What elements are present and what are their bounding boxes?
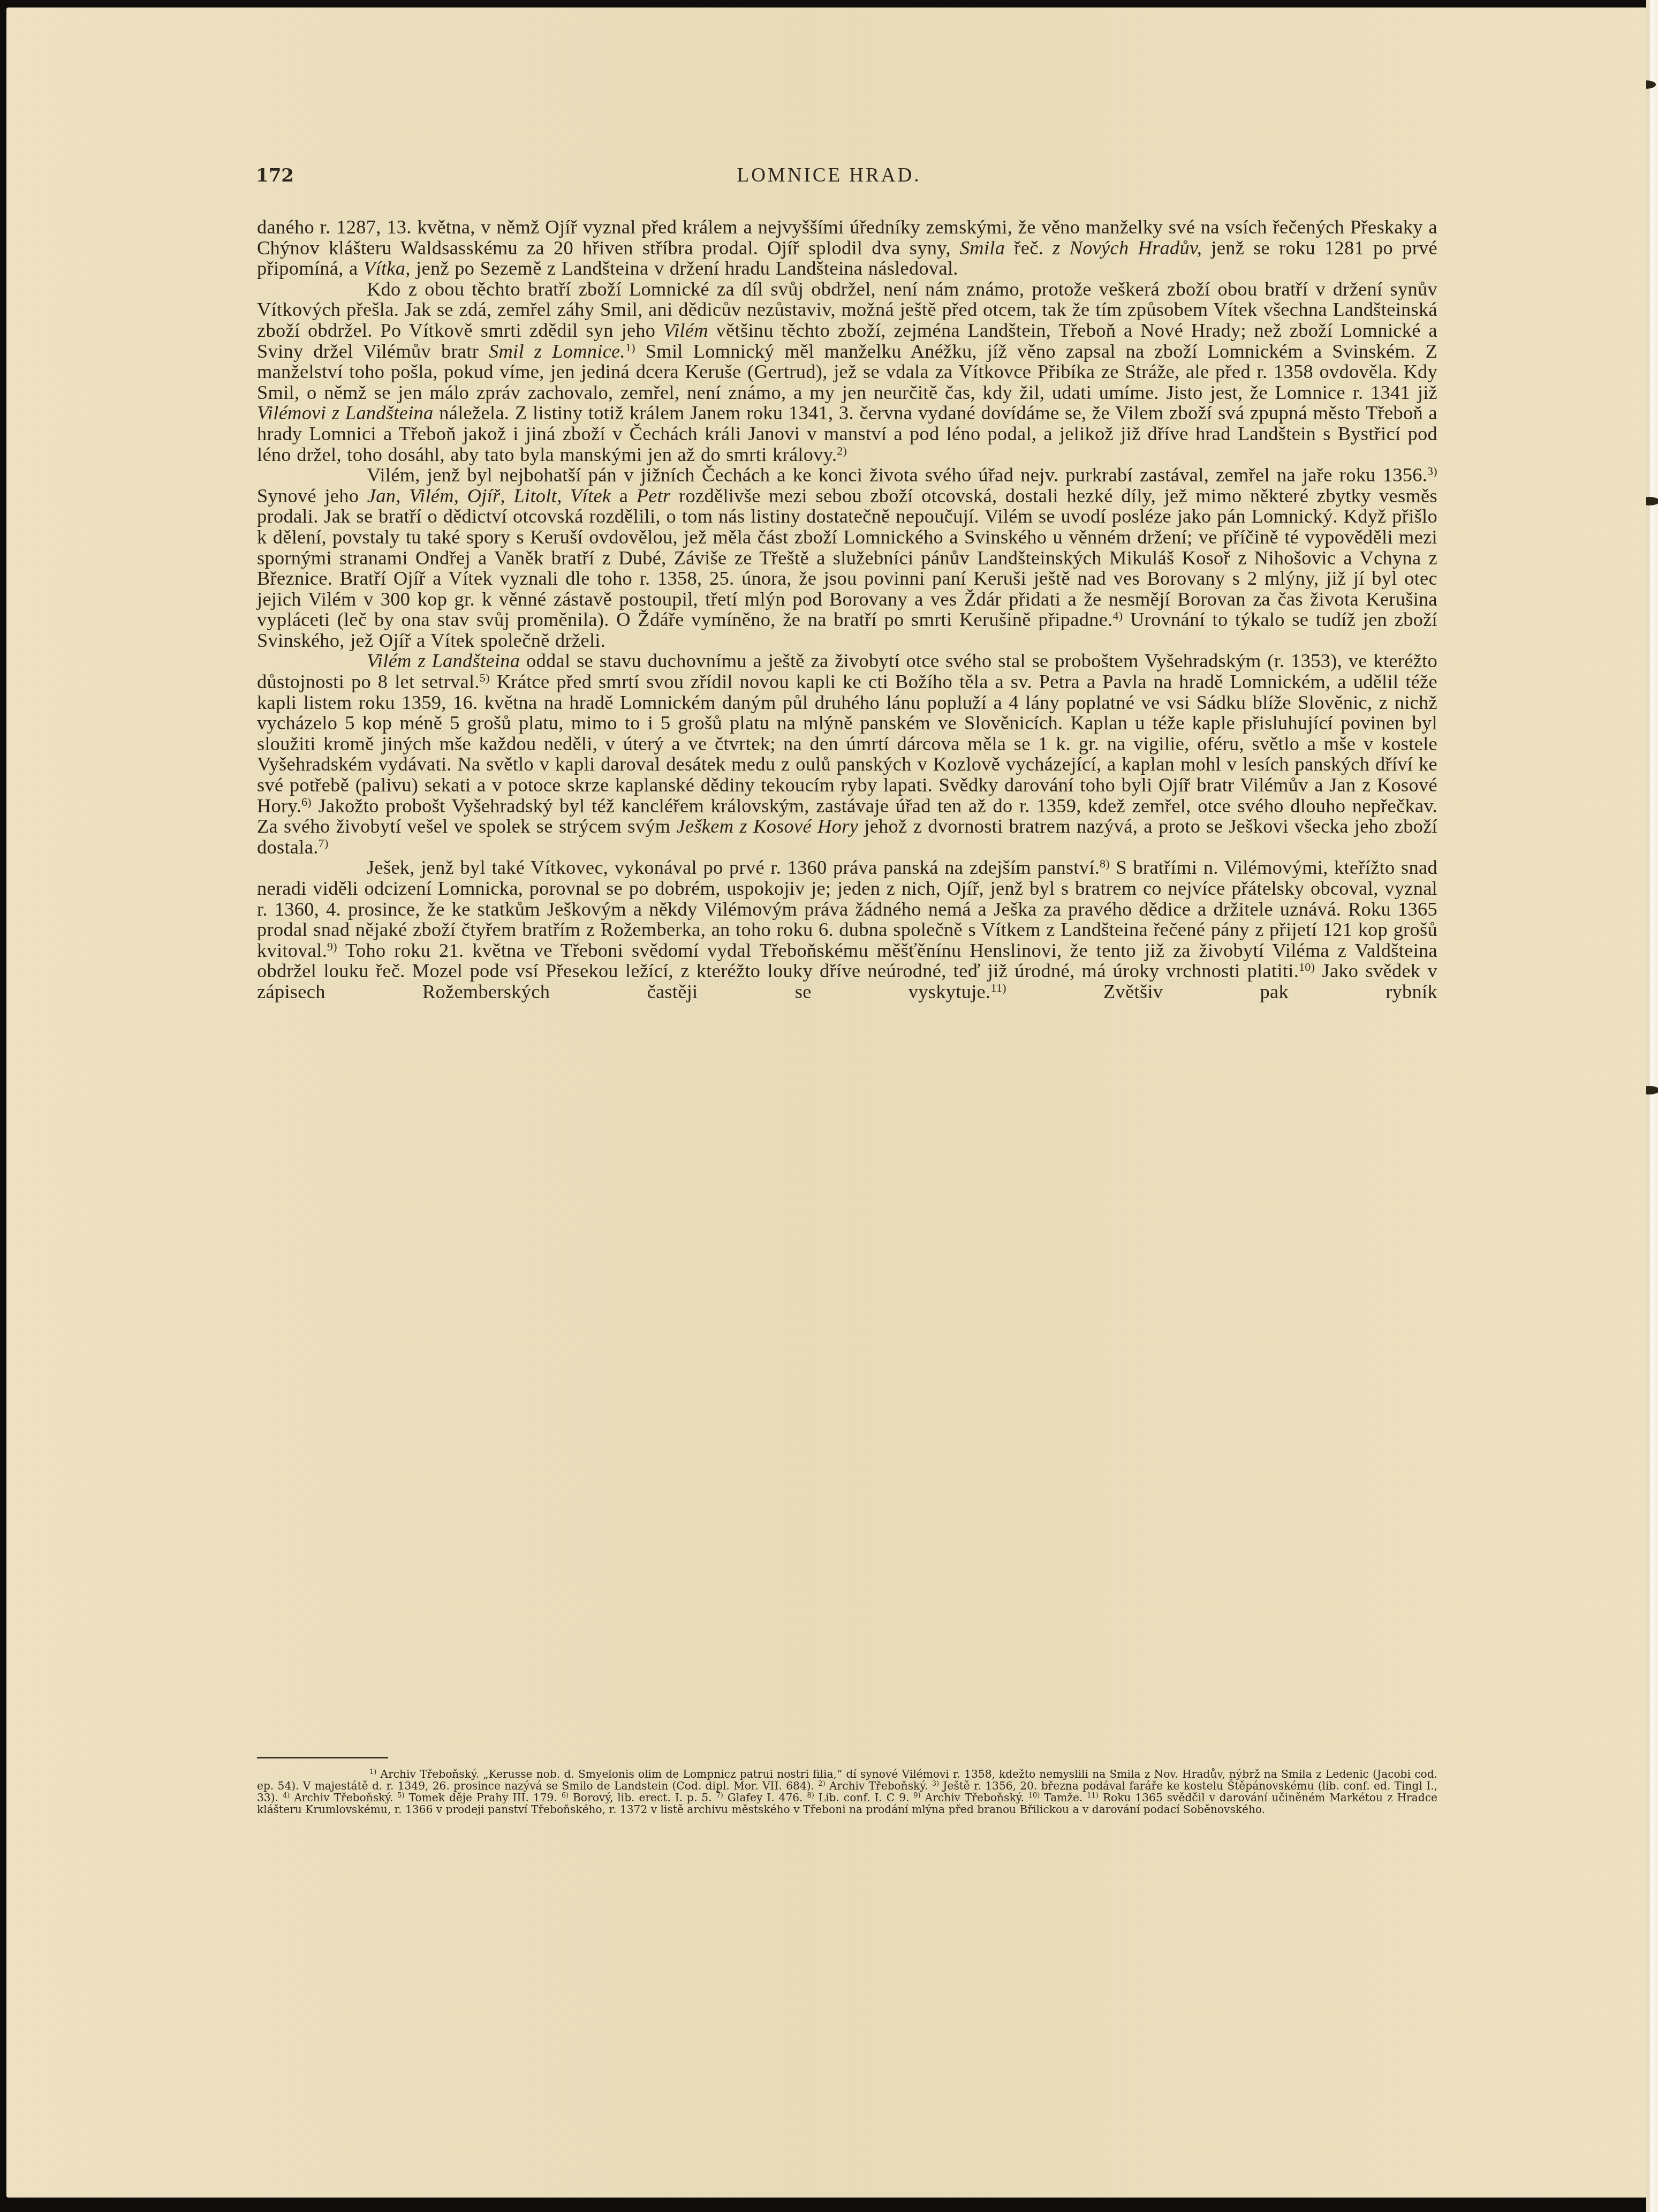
footnote-paragraph: 1) Archiv Třeboňský. „Kerusse nob. d. Sm… [257,1769,1437,1816]
text-run: a [611,485,636,507]
italic-name: Smila [960,237,1005,259]
footnote-marker: 8) [807,1792,814,1800]
footnote-marker: 9) [913,1792,920,1800]
footnotes: 1) Archiv Třeboňský. „Kerusse nob. d. Sm… [257,1769,1437,1816]
footnote-marker: 9) [327,940,337,953]
footnote-marker: 8) [1100,857,1110,870]
running-head: LOMNICE HRAD. [0,164,1658,187]
italic-name: Vilém [663,320,708,341]
italic-name: Vilémovi z Landšteina [257,402,434,424]
italic-name: Vítka, [364,258,411,279]
footnote-marker: 10) [1028,1792,1040,1800]
footnote-marker: 6) [562,1792,569,1800]
footnote-marker: 7) [319,836,329,850]
footnote-marker: 4) [1113,609,1123,622]
text-run: Toho roku 21. května ve Třeboni svědomí … [257,940,1437,982]
footnote-marker: 4) [283,1792,290,1800]
footnote-marker: 3) [932,1780,939,1788]
footnote-marker: 5) [480,671,490,684]
footnote-marker: 3) [1427,464,1437,478]
footnote-marker: 11) [1087,1792,1099,1800]
paragraph: Vilém z Landšteina oddal se stavu duchov… [257,651,1437,857]
footnote-marker: 1) [625,341,635,354]
footnote-marker: 2) [818,1780,825,1788]
italic-name: Jan, Vilém, Ojíř, Litolt, Vítek [367,485,611,507]
footnote-marker: 6) [301,795,312,809]
footnote-rule [257,1757,388,1758]
footnote-marker: 5) [397,1792,404,1800]
text-run: náležela. Z listiny totiž králem Janem r… [257,402,1437,465]
text-run: Tomek děje Prahy III. 179. [405,1791,562,1804]
text-run: Vilém, jenž byl nejbohatší pán v jižních… [367,464,1427,486]
text-run: Tamže. [1040,1791,1087,1804]
text-run: řeč. [1005,237,1053,259]
text-run: jenž po Sezemě z Landšteina v držení hra… [411,258,958,279]
book-page-edge [1646,0,1658,2212]
text-run: Synové jeho [257,485,367,507]
italic-name: z Nových Hradův, [1053,237,1202,259]
text-run: Archiv Třeboňský. [290,1791,397,1804]
italic-name: Ješkem z Kosové Hory [677,816,859,837]
text-run: Borový, lib. erect. I. p. 5. [569,1791,716,1804]
italic-name: Vilém z Landšteina [367,650,520,671]
text-run: Lib. conf. I. C 9. [814,1791,914,1804]
text-run: Zvětšiv pak rybník [1006,981,1437,1002]
footnote-marker: 1) [369,1768,376,1776]
footnote-marker: 10) [1299,960,1315,973]
italic-name: Smil z Lomnice. [489,341,625,362]
text-run: Glafey I. 476. [723,1791,807,1804]
footnote-marker: 2) [837,444,847,457]
footnote-marker: 11) [990,981,1006,994]
italic-name: Petr [637,485,671,507]
paragraph: Kdo z obou těchto bratří zboží Lomnické … [257,279,1437,465]
footnote-marker: 7) [716,1792,723,1800]
paragraph: Ješek, jenž byl také Vítkovec, vykonával… [257,857,1437,1002]
body-text: daného r. 1287, 13. května, v němž Ojíř … [257,217,1437,1002]
paragraph: daného r. 1287, 13. května, v němž Ojíř … [257,217,1437,279]
text-run: Archiv Třeboňský. [921,1791,1028,1804]
text-run: Ješek, jenž byl také Vítkovec, vykonával… [367,857,1100,878]
paragraph: Vilém, jenž byl nejbohatší pán v jižních… [257,465,1437,651]
text-run: Archiv Třeboňský. [826,1779,932,1792]
